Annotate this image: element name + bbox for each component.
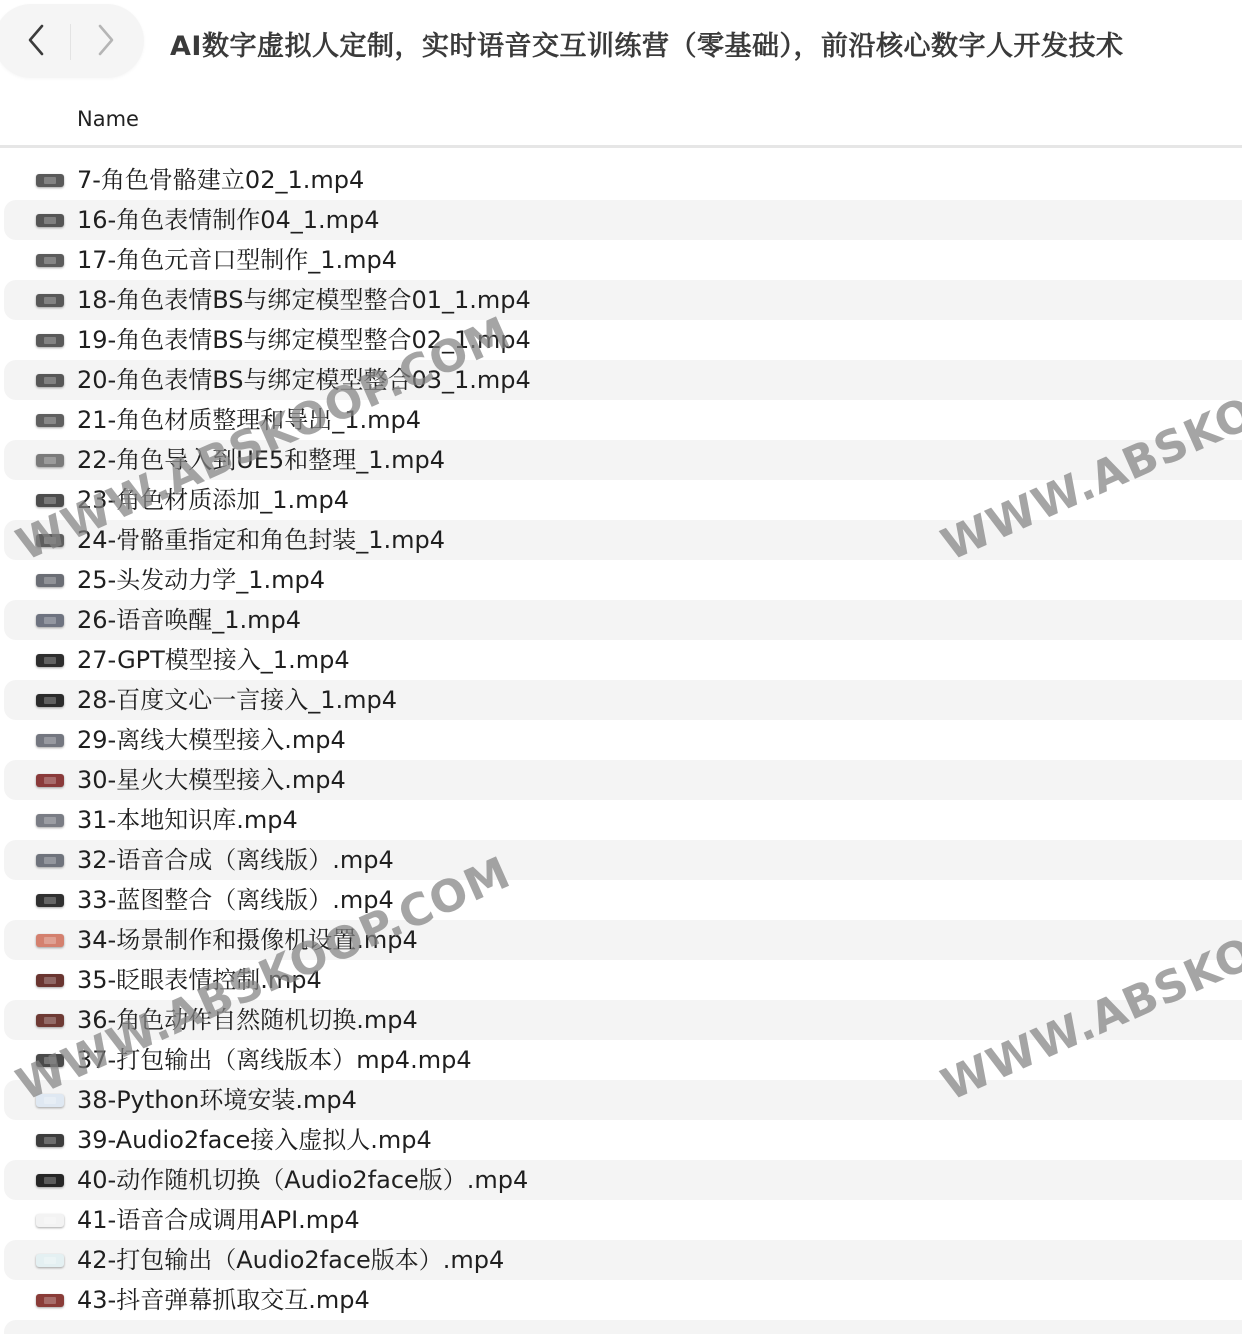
video-thumbnail-icon [36,454,64,467]
file-row[interactable]: 39-Audio2face接入虚拟人.mp4 [0,1120,1242,1160]
file-name: 35-眨眼表情控制.mp4 [77,967,322,993]
video-thumbnail-icon [36,614,64,627]
file-name: 25-头发动力学_1.mp4 [77,567,325,593]
file-name: 24-骨骼重指定和角色封装_1.mp4 [77,527,445,553]
video-thumbnail-icon [36,1294,64,1307]
video-thumbnail-icon [36,534,64,547]
file-row[interactable]: 40-动作随机切换（Audio2face版）.mp4 [4,1160,1242,1200]
chevron-right-icon [95,23,117,57]
file-name: 42-打包输出（Audio2face版本）.mp4 [77,1247,504,1273]
video-thumbnail-icon [36,1014,64,1027]
file-row[interactable]: 33-蓝图整合（离线版）.mp4 [0,880,1242,920]
file-row[interactable]: 41-语音合成调用API.mp4 [0,1200,1242,1240]
video-thumbnail-icon [36,854,64,867]
file-row[interactable]: 16-角色表情制作04_1.mp4 [4,200,1242,240]
file-name: 19-角色表情BS与绑定模型整合02_1.mp4 [77,327,531,353]
file-row[interactable]: 26-语音唤醒_1.mp4 [4,600,1242,640]
column-header-name[interactable]: Name [77,107,139,131]
video-thumbnail-icon [36,174,64,187]
file-name: 33-蓝图整合（离线版）.mp4 [77,887,394,913]
video-thumbnail-icon [36,1054,64,1067]
file-row[interactable]: 31-本地知识库.mp4 [0,800,1242,840]
file-row[interactable]: 42-打包输出（Audio2face版本）.mp4 [4,1240,1242,1280]
file-row[interactable]: 43-抖音弹幕抓取交互.mp4 [0,1280,1242,1320]
file-list: 7-角色骨骼建立02_1.mp416-角色表情制作04_1.mp417-角色元音… [0,160,1242,1320]
video-thumbnail-icon [36,574,64,587]
file-name: 31-本地知识库.mp4 [77,807,298,833]
video-thumbnail-icon [36,934,64,947]
file-row[interactable]: 25-头发动力学_1.mp4 [0,560,1242,600]
file-name: 22-角色导入到UE5和整理_1.mp4 [77,447,445,473]
toolbar: AI数字虚拟人定制，实时语音交互训练营（零基础），前沿核心数字人开发技术 [0,0,1242,90]
video-thumbnail-icon [36,694,64,707]
file-row[interactable]: 7-角色骨骼建立02_1.mp4 [0,160,1242,200]
video-thumbnail-icon [36,334,64,347]
video-thumbnail-icon [36,1254,64,1267]
video-thumbnail-icon [36,734,64,747]
video-thumbnail-icon [36,974,64,987]
video-thumbnail-icon [36,1134,64,1147]
video-thumbnail-icon [36,214,64,227]
file-name: 40-动作随机切换（Audio2face版）.mp4 [77,1167,528,1193]
file-name: 38-Python环境安装.mp4 [77,1087,357,1113]
file-row[interactable]: 29-离线大模型接入.mp4 [0,720,1242,760]
file-row[interactable]: 22-角色导入到UE5和整理_1.mp4 [4,440,1242,480]
file-row[interactable]: 35-眨眼表情控制.mp4 [0,960,1242,1000]
nav-divider [70,24,71,60]
file-row[interactable]: 37-打包输出（离线版本）mp4.mp4 [0,1040,1242,1080]
file-row[interactable]: 19-角色表情BS与绑定模型整合02_1.mp4 [0,320,1242,360]
column-header-bar: Name [0,90,1242,148]
file-name: 32-语音合成（离线版）.mp4 [77,847,394,873]
file-row[interactable]: 27-GPT模型接入_1.mp4 [0,640,1242,680]
file-name: 34-场景制作和摄像机设置.mp4 [77,927,418,953]
file-row[interactable]: 20-角色表情BS与绑定模型整合03_1.mp4 [4,360,1242,400]
video-thumbnail-icon [36,254,64,267]
file-name: 37-打包输出（离线版本）mp4.mp4 [77,1047,472,1073]
video-thumbnail-icon [36,1214,64,1227]
file-row[interactable]: 18-角色表情BS与绑定模型整合01_1.mp4 [4,280,1242,320]
file-name: 39-Audio2face接入虚拟人.mp4 [77,1127,432,1153]
row-stripe [4,1320,1242,1334]
file-row[interactable]: 21-角色材质整理和导出_1.mp4 [0,400,1242,440]
file-row[interactable]: 24-骨骼重指定和角色封装_1.mp4 [4,520,1242,560]
video-thumbnail-icon [36,1094,64,1107]
file-row[interactable]: 28-百度文心一言接入_1.mp4 [4,680,1242,720]
video-thumbnail-icon [36,814,64,827]
file-name: 43-抖音弹幕抓取交互.mp4 [77,1287,370,1313]
video-thumbnail-icon [36,654,64,667]
video-thumbnail-icon [36,414,64,427]
file-row[interactable]: 23-角色材质添加_1.mp4 [0,480,1242,520]
video-thumbnail-icon [36,374,64,387]
file-name: 23-角色材质添加_1.mp4 [77,487,349,513]
video-thumbnail-icon [36,294,64,307]
file-name: 29-离线大模型接入.mp4 [77,727,346,753]
file-row[interactable]: 36-角色动作自然随机切换.mp4 [4,1000,1242,1040]
file-name: 21-角色材质整理和导出_1.mp4 [77,407,421,433]
file-name: 26-语音唤醒_1.mp4 [77,607,301,633]
file-name: 20-角色表情BS与绑定模型整合03_1.mp4 [77,367,531,393]
file-row[interactable]: 30-星火大模型接入.mp4 [4,760,1242,800]
file-name: 17-角色元音口型制作_1.mp4 [77,247,397,273]
file-name: 36-角色动作自然随机切换.mp4 [77,1007,418,1033]
file-name: 27-GPT模型接入_1.mp4 [77,647,350,673]
file-row[interactable]: 34-场景制作和摄像机设置.mp4 [4,920,1242,960]
file-name: 18-角色表情BS与绑定模型整合01_1.mp4 [77,287,531,313]
back-button[interactable] [8,14,64,66]
file-name: 30-星火大模型接入.mp4 [77,767,346,793]
window-title: AI数字虚拟人定制，实时语音交互训练营（零基础），前沿核心数字人开发技术 [170,24,1123,63]
video-thumbnail-icon [36,894,64,907]
file-row[interactable]: 32-语音合成（离线版）.mp4 [4,840,1242,880]
forward-button[interactable] [78,14,134,66]
chevron-left-icon [25,23,47,57]
video-thumbnail-icon [36,1174,64,1187]
file-name: 16-角色表情制作04_1.mp4 [77,207,380,233]
video-thumbnail-icon [36,774,64,787]
video-thumbnail-icon [36,494,64,507]
file-name: 41-语音合成调用API.mp4 [77,1207,360,1233]
file-row[interactable]: 38-Python环境安装.mp4 [4,1080,1242,1120]
file-name: 28-百度文心一言接入_1.mp4 [77,687,397,713]
file-row[interactable]: 17-角色元音口型制作_1.mp4 [0,240,1242,280]
file-name: 7-角色骨骼建立02_1.mp4 [77,167,364,193]
